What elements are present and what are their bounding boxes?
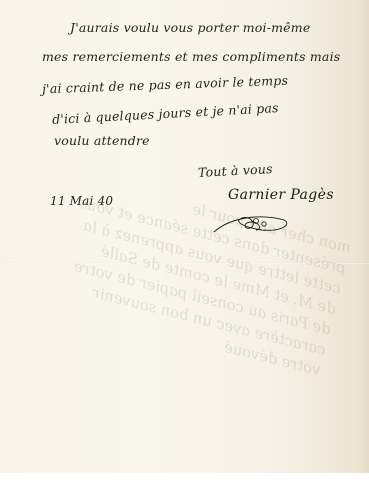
signature: Garnier Pagès: [228, 187, 334, 203]
body-line-2: mes remerciements et mes compliments mai…: [42, 49, 340, 64]
closing-salutation: Tout à vous: [198, 161, 273, 180]
letter-page: mon cher ami pour le présenter dans cett…: [0, 0, 369, 473]
signature-flourish-icon: [212, 212, 292, 236]
body-line-3: j'ai craint de ne pas en avoir le temps: [42, 73, 288, 97]
body-line-4: d'ici à quelques jours et je n'ai pas: [52, 100, 279, 127]
letter-date: 11 Mai 40: [50, 194, 113, 208]
body-line-1: J'aurais voulu vous porter moi-même: [70, 20, 310, 35]
body-line-5: voulu attendre: [54, 133, 150, 148]
